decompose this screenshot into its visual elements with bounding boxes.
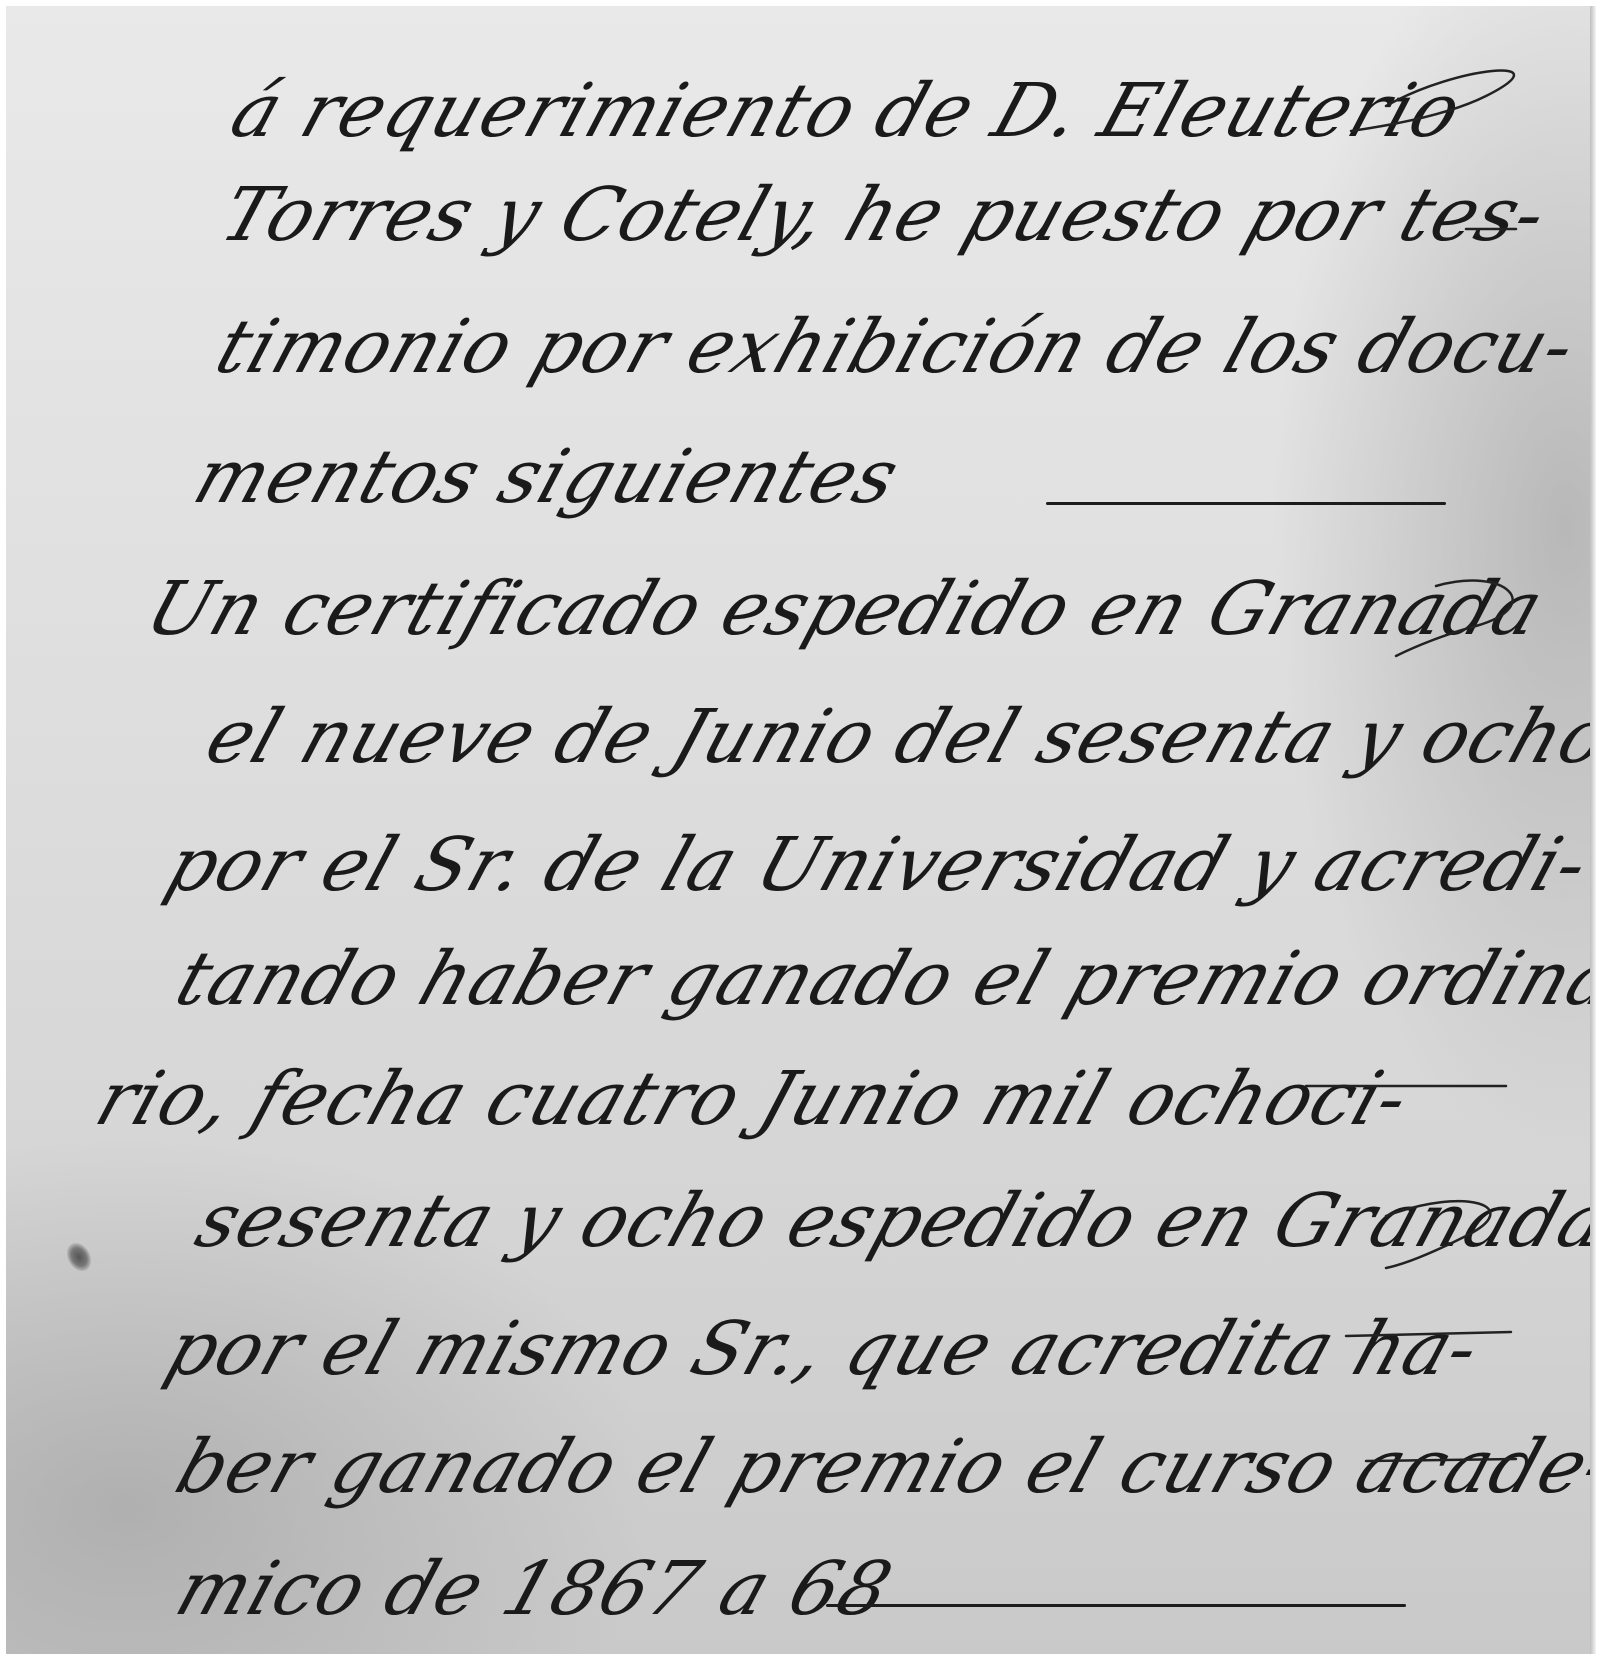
- line-fill-dash: [1046, 502, 1446, 505]
- manuscript-line-10: sesenta y ocho espedido en Granada: [186, 1178, 1596, 1264]
- manuscript-line-8: tando haber ganado el premio ordina-: [166, 936, 1596, 1022]
- manuscript-line-13: mico de 1867 a 68: [166, 1546, 903, 1632]
- manuscript-line-11: por el mismo Sr., que acredita ha-: [156, 1306, 1491, 1392]
- manuscript-line-12: ber ganado el premio el curso acade-: [166, 1424, 1596, 1510]
- manuscript-line-2: Torres y Cotely, he puesto por tes-: [211, 172, 1558, 258]
- manuscript-line-3: timonio por exhibición de los docu-: [206, 304, 1586, 390]
- manuscript-line-7: por el Sr. de la Universidad y acredi-: [156, 822, 1596, 908]
- ink-stain: [62, 1239, 96, 1276]
- manuscript-line-5: Un certificado espedido en Granada: [136, 566, 1554, 652]
- line-fill-dash: [826, 1604, 1406, 1607]
- manuscript-page: á requerimiento de D. Eleuterio Torres y…: [6, 6, 1596, 1654]
- manuscript-line-9: rio, fecha cuatro Junio mil ochoci-: [86, 1056, 1420, 1142]
- manuscript-line-4: mentos siguientes: [184, 434, 910, 520]
- manuscript-line-6: el nueve de Junio del sesenta y ocho: [196, 694, 1596, 780]
- manuscript-line-1: á requerimiento de D. Eleuterio: [221, 68, 1472, 154]
